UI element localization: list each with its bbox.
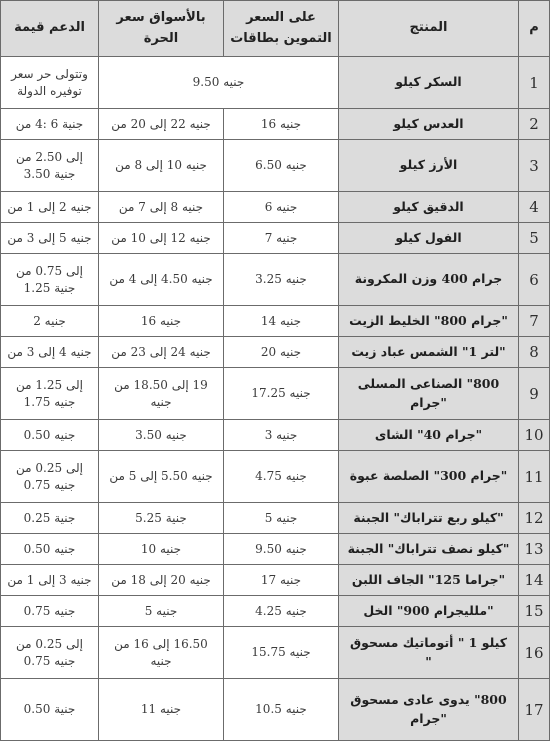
- row-number-cell: 3: [519, 140, 550, 192]
- free-market-price-cell: 10‎ جنيه: [99, 534, 224, 565]
- table-row: 0.75‎ جنيه 5‎ جنيه 4.25‎ جنيه الخل‎ "900…: [1, 596, 550, 627]
- product-cell: الزيت‎ الخليط‎ "800‎ جرام": [339, 306, 519, 337]
- row-number-cell: 10: [519, 420, 550, 451]
- ration-card-price-cell: 5‎ جنيه: [224, 503, 339, 534]
- product-cell: المسلى‎ الصناعى‎ "800‎ جرام": [339, 368, 519, 420]
- free-market-price-cell: من‎ 23‎ إلى‎ 24‎ جنيه: [99, 337, 224, 368]
- product-cell: مسحوق‎ عادى‎ يدوى‎ "800‎ جرام": [339, 679, 519, 741]
- subsidy-cell: 0.25‎ جنية: [1, 503, 99, 534]
- ration-card-price-cell: 17.25‎ جنيه: [224, 368, 339, 420]
- row-number-cell: 5: [519, 223, 550, 254]
- product-cell: كيلو‎ الفول: [339, 223, 519, 254]
- free-market-price-cell: 11‎ جنيه: [99, 679, 224, 741]
- col-header-free-market-price: سعر‎ بالأسواق‎ الحرة: [99, 1, 224, 57]
- product-cell: كيلو‎ الدقيق: [339, 192, 519, 223]
- product-cell: الخل‎ "900‎ ملليجرام": [339, 596, 519, 627]
- free-market-price-cell: من‎ 5‎ إلى‎ 5.50‎ جنيه: [99, 451, 224, 503]
- row-number-cell: 6: [519, 254, 550, 306]
- merged-price-cell: 9.50‎ جنيه: [99, 57, 339, 109]
- table-row: 0.50‎ جنيه 3.50‎ جنيه 3‎ جنيه الشاى‎ "40…: [1, 420, 550, 451]
- product-cell: كيلو‎ السكر: [339, 57, 519, 109]
- product-cell: عبوة‎ الصلصة‎ "300‎ جرام": [339, 451, 519, 503]
- subsidy-cell: 0.50‎ جنية: [1, 679, 99, 741]
- table-row: من‎ 1‎ إلى‎ 2‎ جنيه من‎ 7‎ إلى‎ 8‎ جنيه …: [1, 192, 550, 223]
- row-number-cell: 16: [519, 627, 550, 679]
- subsidy-cell: 0.75‎ جنيه: [1, 596, 99, 627]
- ration-card-price-cell: 7‎ جنيه: [224, 223, 339, 254]
- free-market-price-cell: من‎ 18‎ إلى‎ 20‎ جنيه: [99, 565, 224, 596]
- ration-card-price-cell: 6‎ جنيه: [224, 192, 339, 223]
- ration-card-price-cell: 4.75‎ جنيه: [224, 451, 339, 503]
- table-row: من‎ 3‎ إلى‎ 5‎ جنيه من‎ 10‎ إلى‎ 12‎ جني…: [1, 223, 550, 254]
- subsidy-cell: من‎ 3‎ إلى‎ 4‎ جنيه: [1, 337, 99, 368]
- subsidy-cell: من‎ 1‎ إلى‎ 3‎ جنيه: [1, 565, 99, 596]
- table-row: من‎ 0.75‎ إلى‎ 1.25‎ جنية من‎ 4‎ إلى‎ 4.…: [1, 254, 550, 306]
- col-header-product: المنتج: [339, 1, 519, 57]
- row-number-cell: 11: [519, 451, 550, 503]
- table-row: من‎ 0.25‎ إلى‎ 0.75‎ جنيه من‎ 5‎ إلى‎ 5.…: [1, 451, 550, 503]
- row-number-cell: 14: [519, 565, 550, 596]
- table-row: من‎ 1‎ إلى‎ 3‎ جنيه من‎ 18‎ إلى‎ 20‎ جني…: [1, 565, 550, 596]
- subsidy-cell: من‎ 4:‎ 6‎ جنية: [1, 109, 99, 140]
- ration-card-price-cell: 9.50‎ جنيه: [224, 534, 339, 565]
- row-number-cell: 17: [519, 679, 550, 741]
- ration-card-price-cell: 14‎ جنيه: [224, 306, 339, 337]
- table-row: 0.25‎ جنية 5.25‎ جنية 5‎ جنيه الجبنة‎ "ت…: [1, 503, 550, 534]
- free-market-price-cell: من‎ 20‎ إلى‎ 22‎ جنيه: [99, 109, 224, 140]
- product-cell: كيلو‎ العدس: [339, 109, 519, 140]
- free-market-price-cell: من‎ 16‎ إلى‎ 16.50‎ جنيه: [99, 627, 224, 679]
- product-cell: الجبنة‎ "تتراباك‎ ربع‎ كيلو": [339, 503, 519, 534]
- free-market-price-cell: من‎ 7‎ إلى‎ 8‎ جنيه: [99, 192, 224, 223]
- ration-card-price-cell: 17‎ جنيه: [224, 565, 339, 596]
- subsidized-goods-price-table: قيمة‎ الدعم سعر‎ بالأسواق‎ الحرة السعر‎ …: [0, 0, 550, 741]
- subsidy-cell: من‎ 1.25‎ إلى‎ 1.75‎ جنيه: [1, 368, 99, 420]
- ration-card-price-cell: 20‎ جنيه: [224, 337, 339, 368]
- product-cell: المكرونة‎ وزن‎ 400‎ جرام: [339, 254, 519, 306]
- table-row: 0.50‎ جنية 11‎ جنيه 10.5‎ جنيه مسحوق‎ عا…: [1, 679, 550, 741]
- free-market-price-cell: من‎ 18.50‎ إلى‎ 19‎ جنيه: [99, 368, 224, 420]
- ration-card-price-cell: 15.75‎ جنيه: [224, 627, 339, 679]
- product-cell: مسحوق‎ أتوماتيك‎ "‎ 1‎ كيلو‎ ": [339, 627, 519, 679]
- subsidy-cell: من‎ 3‎ إلى‎ 5‎ جنيه: [1, 223, 99, 254]
- ration-card-price-cell: 10.5‎ جنيه: [224, 679, 339, 741]
- ration-card-price-cell: 3‎ جنيه: [224, 420, 339, 451]
- table-row: من‎ 0.25‎ إلى‎ 0.75‎ جنيه من‎ 16‎ إلى‎ 1…: [1, 627, 550, 679]
- free-market-price-cell: 5.25‎ جنية: [99, 503, 224, 534]
- table-row: من‎ 2.50‎ إلى‎ 3.50‎ جنية من‎ 8‎ إلى‎ 10…: [1, 140, 550, 192]
- row-number-cell: 12: [519, 503, 550, 534]
- row-number-cell: 1: [519, 57, 550, 109]
- free-market-price-cell: من‎ 10‎ إلى‎ 12‎ جنيه: [99, 223, 224, 254]
- table-row: من‎ 4:‎ 6‎ جنية من‎ 20‎ إلى‎ 22‎ جنيه 16…: [1, 109, 550, 140]
- subsidy-cell: من‎ 2.50‎ إلى‎ 3.50‎ جنية: [1, 140, 99, 192]
- subsidy-cell: 2‎ جنيه: [1, 306, 99, 337]
- product-cell: اللبن‎ الجاف‎ "125‎ جراما": [339, 565, 519, 596]
- table-row: 2‎ جنيه 16‎ جنيه 14‎ جنيه الزيت‎ الخليط‎…: [1, 306, 550, 337]
- col-header-subsidy-value: قيمة‎ الدعم: [1, 1, 99, 57]
- free-market-price-cell: 3.50‎ جنيه: [99, 420, 224, 451]
- table-row: 0.50‎ جنيه 10‎ جنيه 9.50‎ جنيه الجبنة‎ "…: [1, 534, 550, 565]
- subsidy-cell: من‎ 0.75‎ إلى‎ 1.25‎ جنية: [1, 254, 99, 306]
- free-market-price-cell: 5‎ جنيه: [99, 596, 224, 627]
- subsidy-cell: من‎ 0.25‎ إلى‎ 0.75‎ جنيه: [1, 627, 99, 679]
- product-cell: الشاى‎ "40‎ جرام": [339, 420, 519, 451]
- row-number-cell: 7: [519, 306, 550, 337]
- col-header-ration-card-price: السعر‎ على‎ بطاقات‎ التموين: [224, 1, 339, 57]
- subsidy-cell: 0.50‎ جنيه: [1, 534, 99, 565]
- subsidy-cell: سعر‎ حر‎ وتتولى‎ الدولة‎ توفيره: [1, 57, 99, 109]
- subsidy-cell: من‎ 1‎ إلى‎ 2‎ جنيه: [1, 192, 99, 223]
- ration-card-price-cell: 16‎ جنيه: [224, 109, 339, 140]
- ration-card-price-cell: 6.50‎ جنيه: [224, 140, 339, 192]
- product-cell: كيلو‎ الأرز: [339, 140, 519, 192]
- table-row: من‎ 3‎ إلى‎ 4‎ جنيه من‎ 23‎ إلى‎ 24‎ جني…: [1, 337, 550, 368]
- free-market-price-cell: 16‎ جنيه: [99, 306, 224, 337]
- row-number-cell: 9: [519, 368, 550, 420]
- row-number-cell: 8: [519, 337, 550, 368]
- free-market-price-cell: من‎ 4‎ إلى‎ 4.50‎ جنيه: [99, 254, 224, 306]
- subsidy-cell: من‎ 0.25‎ إلى‎ 0.75‎ جنيه: [1, 451, 99, 503]
- product-cell: زيت‎ عباد‎ الشمس‎ "1‎ لتر": [339, 337, 519, 368]
- row-number-cell: 4: [519, 192, 550, 223]
- ration-card-price-cell: 3.25‎ جنيه: [224, 254, 339, 306]
- table-row: سعر‎ حر‎ وتتولى‎ الدولة‎ توفيره 9.50‎ جن…: [1, 57, 550, 109]
- row-number-cell: 2: [519, 109, 550, 140]
- table-row: من‎ 1.25‎ إلى‎ 1.75‎ جنيه من‎ 18.50‎ إلى…: [1, 368, 550, 420]
- row-number-cell: 13: [519, 534, 550, 565]
- col-header-row-number: م: [519, 1, 550, 57]
- subsidy-cell: 0.50‎ جنيه: [1, 420, 99, 451]
- free-market-price-cell: من‎ 8‎ إلى‎ 10‎ جنيه: [99, 140, 224, 192]
- header-row: قيمة‎ الدعم سعر‎ بالأسواق‎ الحرة السعر‎ …: [1, 1, 550, 57]
- product-cell: الجبنة‎ "تتراباك‎ نصف‎ كيلو": [339, 534, 519, 565]
- ration-card-price-cell: 4.25‎ جنيه: [224, 596, 339, 627]
- row-number-cell: 15: [519, 596, 550, 627]
